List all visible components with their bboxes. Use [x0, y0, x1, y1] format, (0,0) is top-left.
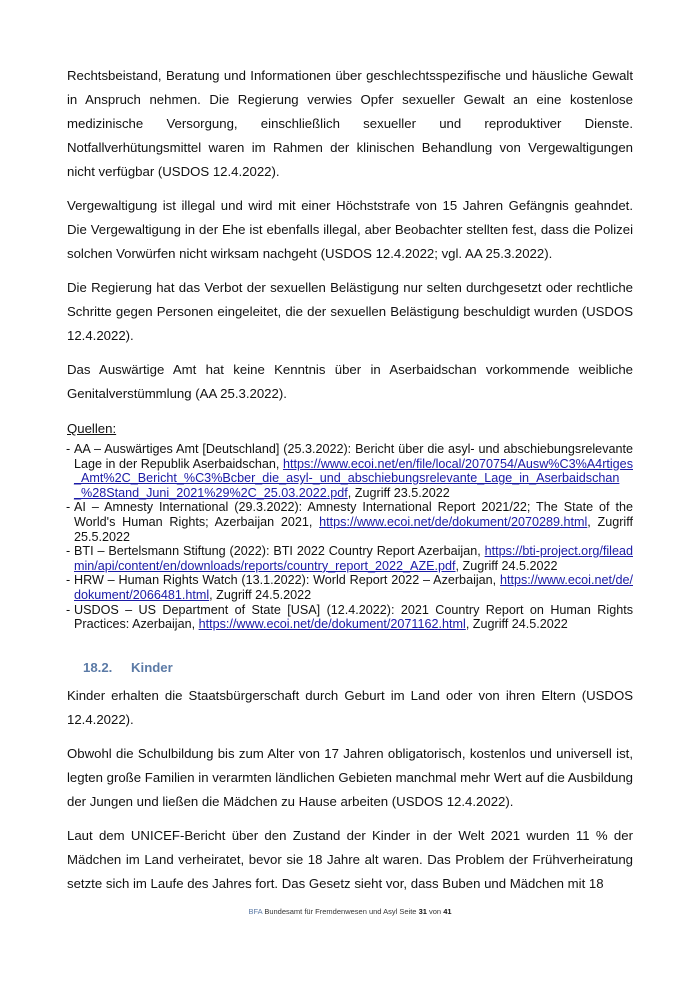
source-access-date: , Zugriff 24.5.2022 [466, 617, 568, 631]
source-item: - AI – Amnesty International (29.3.2022)… [67, 500, 633, 544]
footer-brand-logo: BFA [248, 907, 262, 916]
list-dash: - [66, 544, 70, 559]
footer-of: von [427, 907, 443, 916]
section-title: Kinder [131, 660, 173, 675]
paragraph: Rechtsbeistand, Beratung und Information… [67, 64, 633, 184]
footer-page-total: 41 [443, 907, 451, 916]
paragraph: Laut dem UNICEF-Bericht über den Zustand… [67, 824, 633, 896]
paragraph: Das Auswärtige Amt hat keine Kenntnis üb… [67, 358, 633, 406]
sources-list: - AA – Auswärtiges Amt [Deutschland] (25… [67, 442, 633, 632]
source-access-date: , Zugriff 24.5.2022 [456, 559, 558, 573]
source-link[interactable]: https://www.ecoi.net/de/dokument/2070289… [319, 515, 587, 529]
sources-title: Quellen: [67, 420, 633, 438]
source-access-date: , Zugriff 24.5.2022 [209, 588, 311, 602]
source-item: - BTI – Bertelsmann Stiftung (2022): BTI… [67, 544, 633, 573]
paragraph: Die Regierung hat das Verbot der sexuell… [67, 276, 633, 348]
source-link[interactable]: https://www.ecoi.net/de/dokument/2071162… [199, 617, 466, 631]
list-dash: - [66, 573, 70, 588]
paragraph: Kinder erhalten die Staatsbürgerschaft d… [67, 684, 633, 732]
source-item: - HRW – Human Rights Watch (13.1.2022): … [67, 573, 633, 602]
section-number: 18.2. [83, 658, 131, 678]
source-text: BTI – Bertelsmann Stiftung (2022): BTI 2… [74, 544, 485, 558]
source-item: - AA – Auswärtiges Amt [Deutschland] (25… [67, 442, 633, 500]
paragraph: Vergewaltigung ist illegal und wird mit … [67, 194, 633, 266]
document-page: Rechtsbeistand, Beratung und Information… [67, 64, 633, 906]
source-text: HRW – Human Rights Watch (13.1.2022): Wo… [74, 573, 500, 587]
source-access-date: , Zugriff 23.5.2022 [348, 486, 450, 500]
footer-text: Bundesamt für Fremdenwesen und Asyl Seit… [262, 907, 418, 916]
paragraph: Obwohl die Schulbildung bis zum Alter vo… [67, 742, 633, 814]
section-heading: 18.2.Kinder [83, 658, 633, 678]
list-dash: - [66, 442, 70, 457]
footer-page-number: 31 [419, 907, 427, 916]
page-footer: BFA Bundesamt für Fremdenwesen und Asyl … [0, 907, 700, 916]
list-dash: - [66, 500, 70, 515]
list-dash: - [66, 603, 70, 618]
source-item: - USDOS – US Department of State [USA] (… [67, 603, 633, 632]
